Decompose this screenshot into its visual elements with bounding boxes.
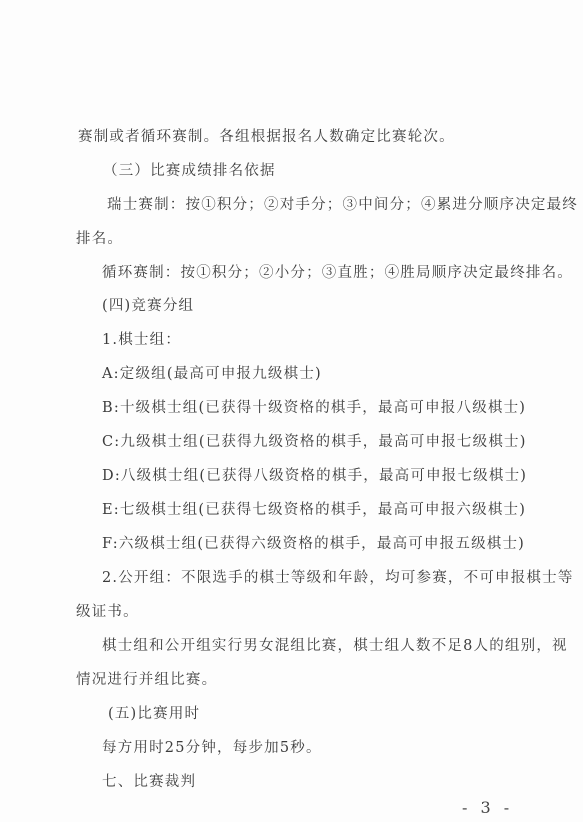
list-item-group-a: A:定级组(最高可申报九级棋士)	[102, 365, 322, 383]
list-item-group-f: F:六级棋士组(已获得六级资格的棋手，最高可申报五级棋士)	[102, 535, 525, 553]
paragraph-line: 瑞士赛制：按①积分；②对手分；③中间分；④累进分顺序决定最终	[107, 196, 578, 214]
list-item-group-c: C:九级棋士组(已获得九级资格的棋手，最高可申报七级棋士)	[102, 433, 527, 451]
page-number: - 3 -	[462, 798, 513, 817]
paragraph-line: 2.公开组：不限选手的棋士等级和年龄，均可参赛，不可申报棋士等	[102, 569, 574, 587]
subheading-chess-group: 1.棋士组：	[102, 331, 181, 349]
paragraph-line: 赛制或者循环赛制。各组根据报名人数确定比赛轮次。	[78, 128, 455, 146]
paragraph-line: 排名。	[76, 230, 123, 248]
paragraph-line: 每方用时25分钟，每步加5秒。	[102, 739, 322, 757]
paragraph-line: 棋士组和公开组实行男女混组比赛，棋士组人数不足8人的组别，视	[102, 637, 568, 655]
paragraph-line: 情况进行并组比赛。	[76, 671, 217, 689]
section-heading-groups: (四)竞赛分组	[102, 297, 194, 315]
section-heading-referee: 七、比赛裁判	[102, 773, 196, 791]
paragraph-line: 级证书。	[76, 603, 139, 621]
document-page: 赛制或者循环赛制。各组根据报名人数确定比赛轮次。 （三）比赛成绩排名依据 瑞士赛…	[0, 0, 583, 822]
section-heading-ranking: （三）比赛成绩排名依据	[103, 162, 276, 180]
list-item-group-b: B:十级棋士组(已获得十级资格的棋手，最高可申报八级棋士)	[102, 399, 526, 417]
list-item-group-d: D:八级棋士组(已获得八级资格的棋手，最高可申报七级棋士)	[102, 467, 527, 485]
list-item-group-e: E:七级棋士组(已获得七级资格的棋手，最高可申报六级棋士)	[102, 501, 526, 519]
paragraph-line: 循环赛制：按①积分；②小分；③直胜；④胜局顺序决定最终排名。	[102, 264, 573, 282]
section-heading-time: (五)比赛用时	[108, 705, 200, 723]
